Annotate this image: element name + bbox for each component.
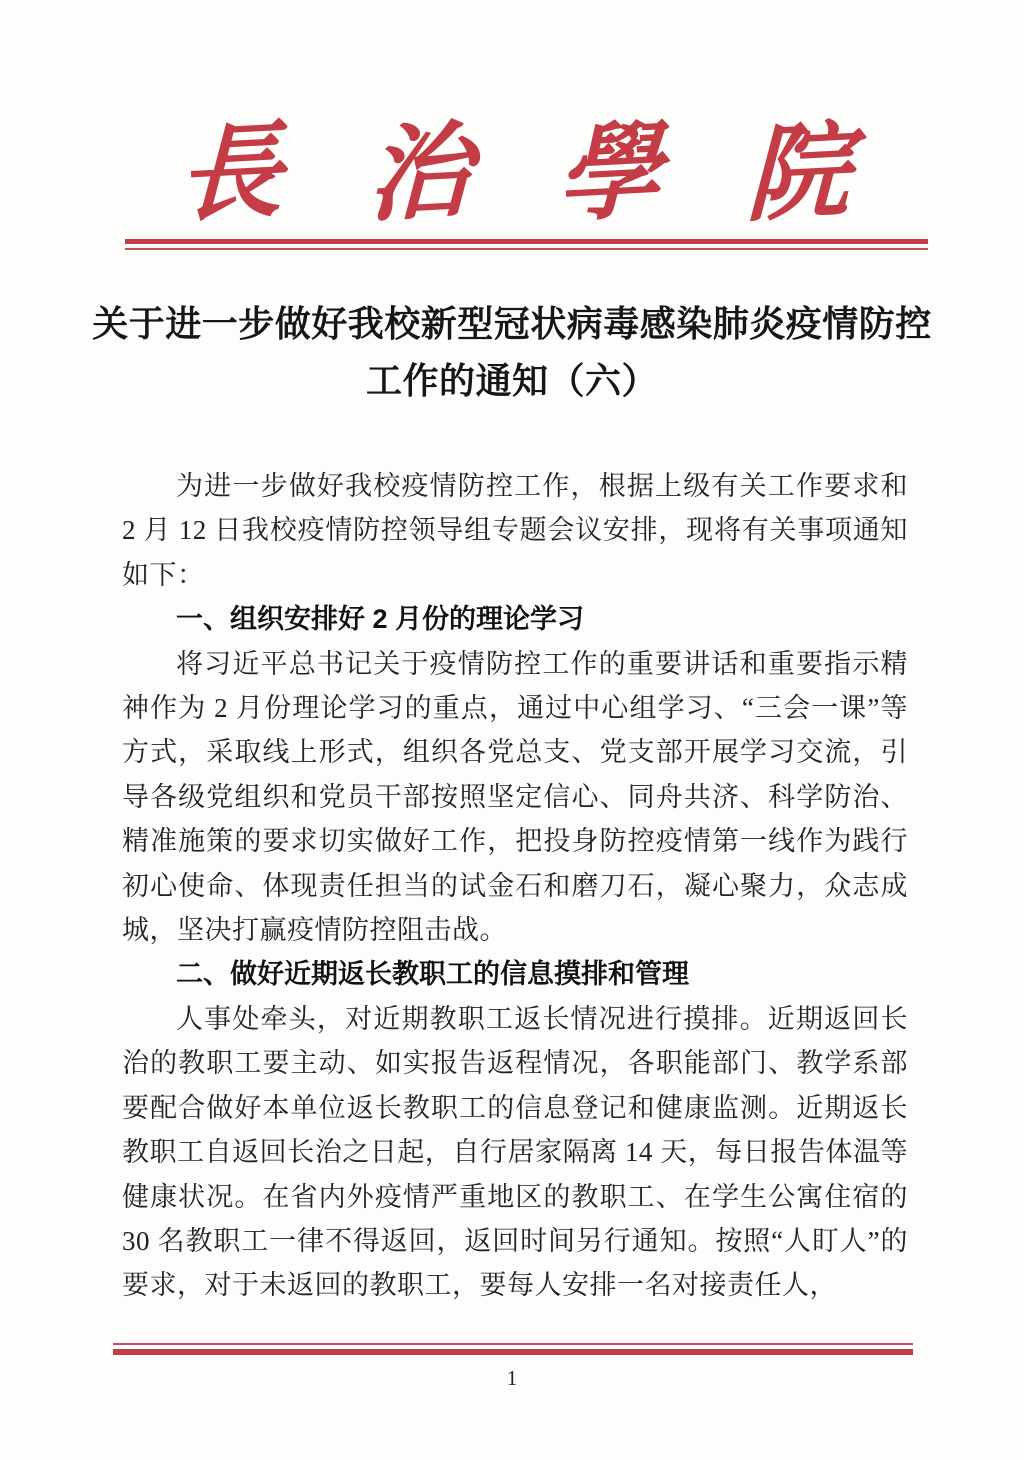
document-body: 为进一步做好我校疫情防控工作，根据上级有关工作要求和 2 月 12 日我校疫情防… [122, 464, 908, 1308]
masthead-character: 長 [177, 120, 283, 230]
footer-double-rule [113, 1343, 913, 1355]
body-paragraph: 一、组织安排好 2 月份的理论学习 [122, 597, 908, 641]
body-paragraph: 二、做好近期返长教职工的信息摸排和管理 [122, 952, 908, 996]
page-number: 1 [0, 1366, 1024, 1391]
document-page: 長治學院 关于进一步做好我校新型冠状病毒感染肺炎疫情防控 工作的通知（六） 为进… [0, 0, 1024, 1460]
masthead-character: 學 [556, 120, 662, 230]
header-rule-thick [125, 239, 928, 244]
body-paragraph: 将习近平总书记关于疫情防控工作的重要讲话和重要指示精神作为 2 月份理论学习的重… [122, 642, 908, 953]
header-rule-thin [125, 248, 928, 250]
footer-rule-thick [113, 1349, 913, 1355]
document-title-line-1: 关于进一步做好我校新型冠状病毒感染肺炎疫情防控 [92, 296, 932, 353]
document-title-line-2: 工作的通知（六） [92, 353, 932, 410]
body-paragraph: 人事处牵头，对近期教职工返长情况进行摸排。近期返回长治的教职工要主动、如实报告返… [122, 997, 908, 1308]
masthead-character: 院 [745, 120, 851, 230]
masthead-character: 治 [366, 120, 472, 230]
document-title: 关于进一步做好我校新型冠状病毒感染肺炎疫情防控 工作的通知（六） [92, 296, 932, 410]
header-double-rule [125, 239, 928, 250]
university-masthead-calligraphy: 長治學院 [178, 112, 850, 238]
footer-rule-thin [113, 1343, 913, 1345]
body-paragraph: 为进一步做好我校疫情防控工作，根据上级有关工作要求和 2 月 12 日我校疫情防… [122, 464, 908, 597]
